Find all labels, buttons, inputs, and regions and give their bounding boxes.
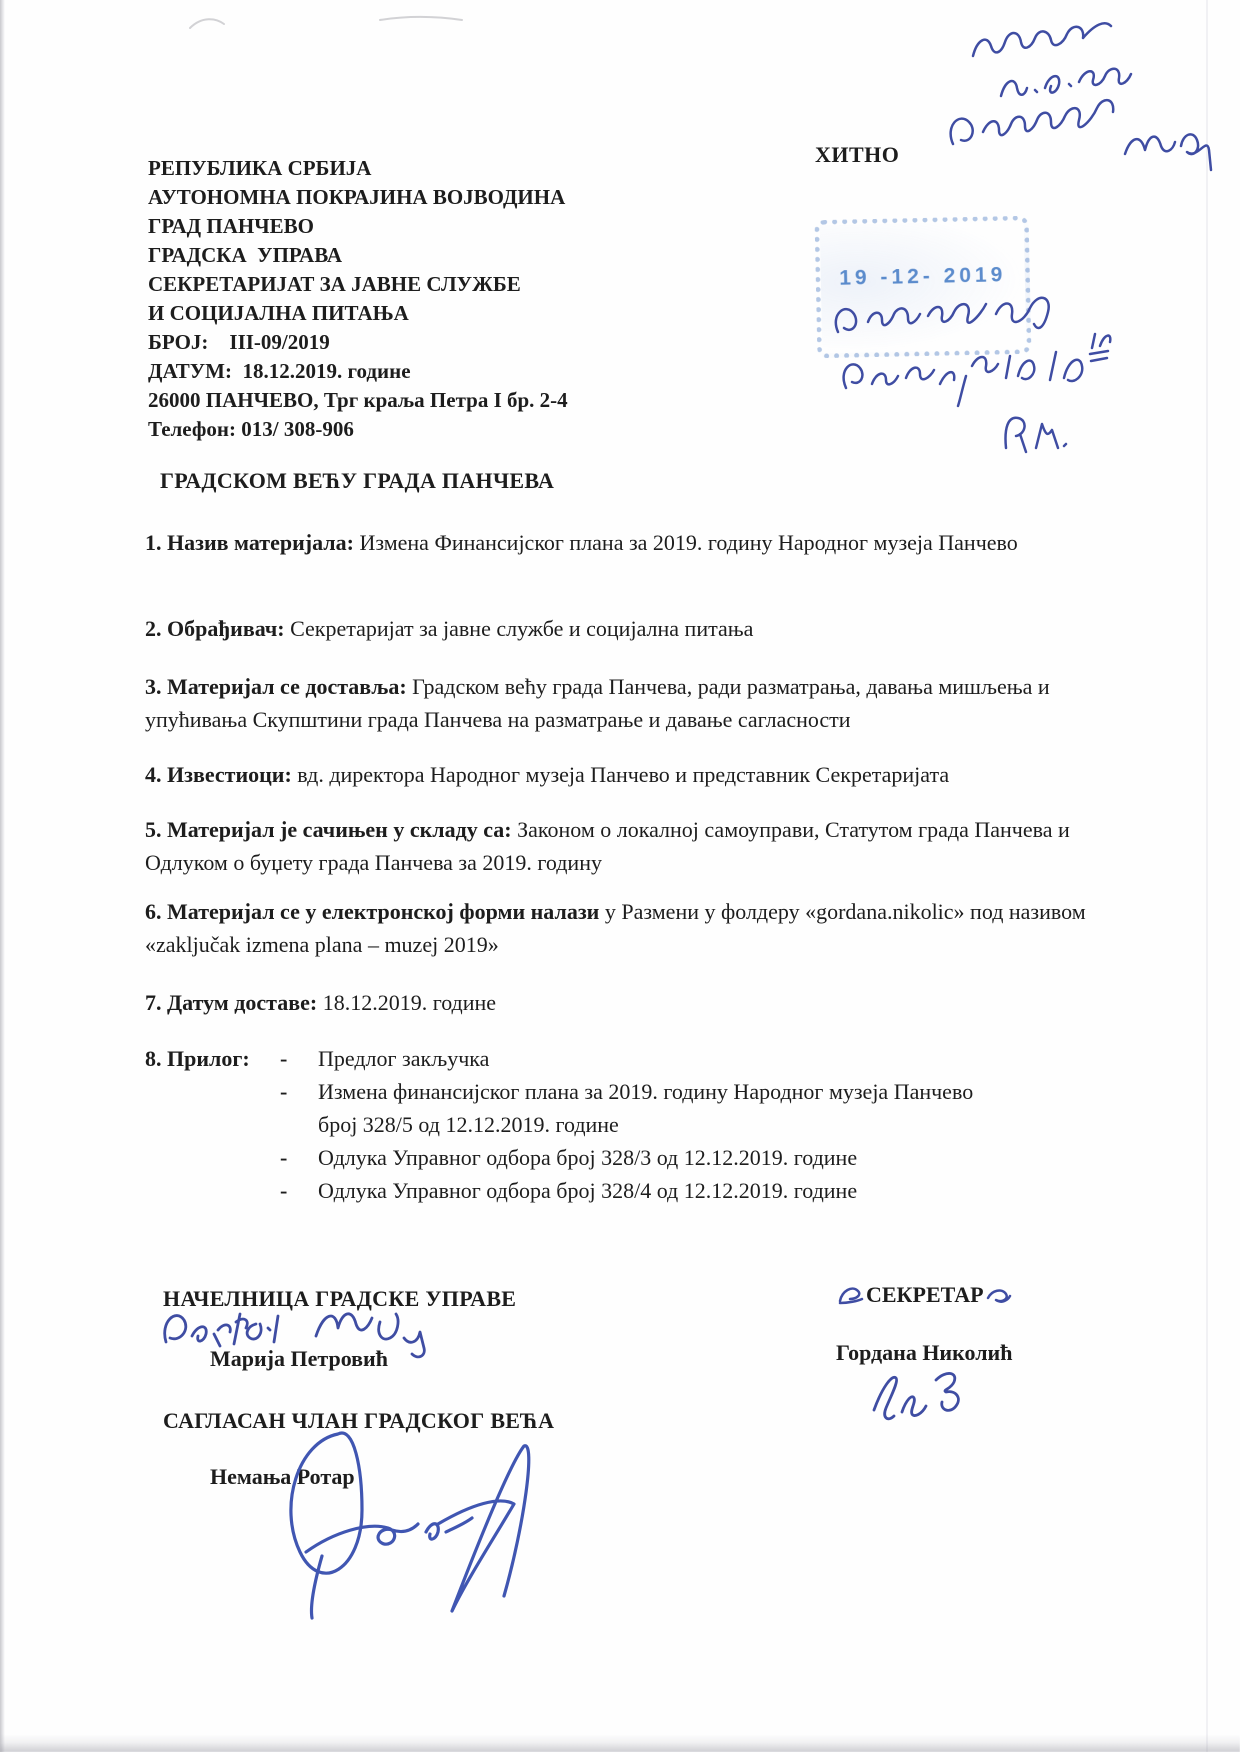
item-label: 1. Назив материјала: <box>145 530 354 555</box>
item-text: Секретаријат за јавне службе и социјална… <box>290 616 753 641</box>
handwritten-received-note <box>935 4 1215 184</box>
nikolic-signature <box>862 1364 982 1426</box>
attachment-item: Одлука Управног одбора број 328/4 од 12.… <box>278 1174 988 1207</box>
letterhead-line: РЕПУБЛИКА СРБИЈА <box>148 154 568 183</box>
item-attachments: 8. Прилог: Предлог закључка Измена финан… <box>145 1042 1150 1207</box>
letterhead: РЕПУБЛИКА СРБИЈА АУТОНОМНА ПОКРАЈИНА ВОЈ… <box>148 154 568 444</box>
secretary-title-row: СЕКРЕТАР <box>836 1282 1012 1308</box>
letterhead-line: АУТОНОМНА ПОКРАЈИНА ВОЈВОДИНА <box>148 183 568 212</box>
stamp-date: 19 -12- 2019 <box>821 263 1025 291</box>
urgent-label: ХИТНО <box>815 142 899 168</box>
item-delivery-date: 7. Датум доставе: 18.12.2019. године <box>145 986 1150 1019</box>
item-material-name: 1. Назив материјала: Измена Финансијског… <box>145 526 1150 559</box>
attachment-item: Измена финансијског плана за 2019. годин… <box>278 1075 988 1141</box>
pen-squiggle-right <box>986 1286 1012 1304</box>
item-text: 18.12.2019. године <box>323 990 496 1015</box>
item-text: вд. директора Народног музеја Панчево и … <box>297 762 949 787</box>
scan-edge-right <box>1206 0 1208 1752</box>
item-label: 3. Материјал се доставља: <box>145 674 407 699</box>
item-text: Измена Финансијског плана за 2019. годин… <box>359 530 1017 555</box>
letterhead-line: ГРАД ПАНЧЕВО <box>148 212 568 241</box>
scanned-document-page: РЕПУБЛИКА СРБИЈА АУТОНОМНА ПОКРАЈИНА ВОЈ… <box>0 0 1240 1752</box>
item-label: 4. Известиоци: <box>145 762 292 787</box>
item-processor: 2. Обрађивач: Секретаријат за јавне служ… <box>145 612 1150 645</box>
scan-scratch-marks <box>130 4 550 44</box>
letterhead-line: И СОЦИЈАЛНА ПИТАЊА <box>148 299 568 328</box>
attachments-list: Предлог закључка Измена финансијског пла… <box>278 1042 988 1207</box>
handwritten-stamp-note <box>810 288 1120 463</box>
item-label: 5. Материјал је сачињен у складу са: <box>145 817 512 842</box>
item-electronic-form: 6. Материјал се у електронској форми нал… <box>145 895 1150 961</box>
letterhead-line-date: ДАТУМ: 18.12.2019. године <box>148 357 568 386</box>
chief-of-administration-name: Марија Петровић <box>210 1346 388 1372</box>
letterhead-line-phone: Телефон: 013/ 308-906 <box>148 415 568 444</box>
attachment-item: Одлука Управног одбора број 328/3 од 12.… <box>278 1141 988 1174</box>
item-label: 6. Материјал се у електронској форми нал… <box>145 899 599 924</box>
item-legal-basis: 5. Материјал је сачињен у складу са: Зак… <box>145 813 1150 879</box>
secretary-name: Гордана Николић <box>836 1340 1012 1366</box>
attachments-label: 8. Прилог: <box>145 1042 278 1207</box>
item-label: 7. Датум доставе: <box>145 990 317 1015</box>
item-reporters: 4. Известиоци: вд. директора Народног му… <box>145 758 1150 791</box>
scan-edge-left <box>0 0 5 1752</box>
letterhead-line: ГРАДСКА УПРАВА <box>148 241 568 270</box>
item-delivered-to: 3. Материјал се доставља: Градском већу … <box>145 670 1150 736</box>
pen-squiggle-left <box>836 1283 864 1307</box>
secretary-title: СЕКРЕТАР <box>866 1282 984 1308</box>
letterhead-line: СЕКРЕТАРИЈАТ ЗА ЈАВНЕ СЛУЖБЕ <box>148 270 568 299</box>
scan-bottom-noise <box>0 1735 1240 1752</box>
rotar-signature <box>242 1406 562 1621</box>
attachment-item: Предлог закључка <box>278 1042 988 1075</box>
recipient-title: ГРАДСКОМ ВЕЋУ ГРАДА ПАНЧЕВА <box>160 468 554 494</box>
letterhead-line-number: БРОЈ: III-09/2019 <box>148 328 568 357</box>
item-label: 2. Обрађивач: <box>145 616 285 641</box>
letterhead-line-address: 26000 ПАНЧЕВО, Трг краља Петра I бр. 2-4 <box>148 386 568 415</box>
